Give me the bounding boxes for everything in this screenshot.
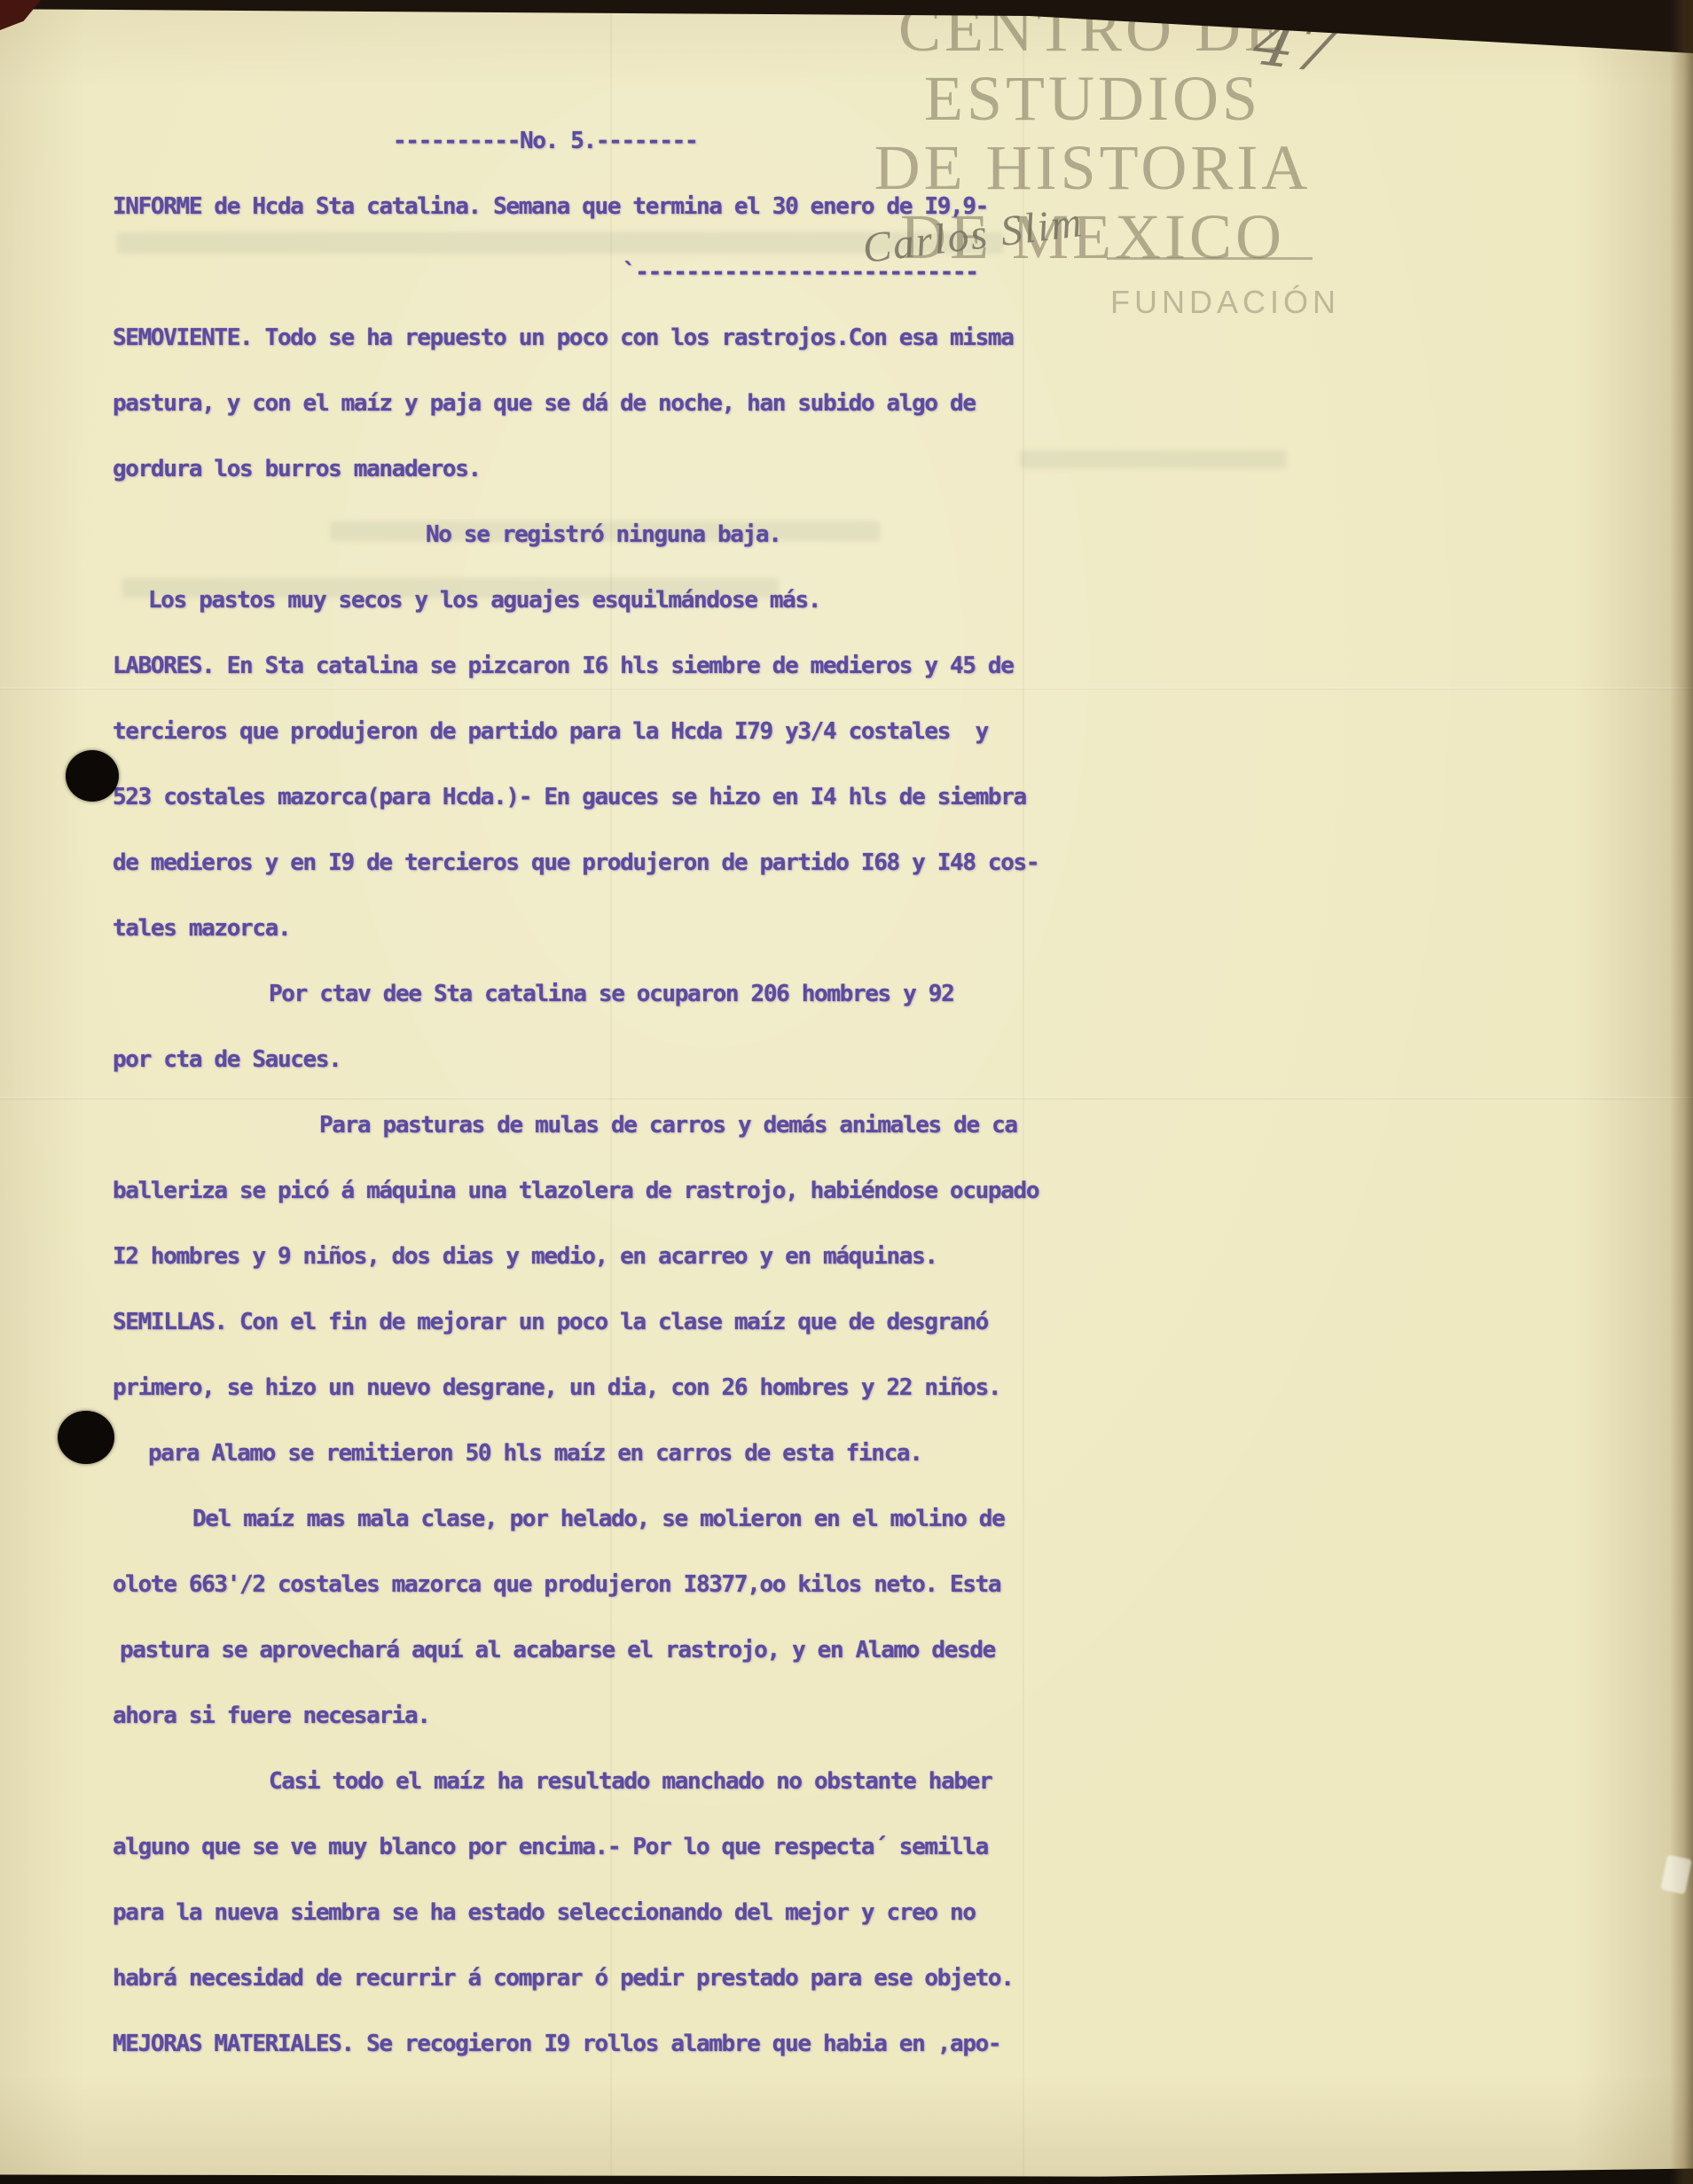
typed-line: tercieros que produjeron de partido para…	[113, 699, 1638, 764]
scanned-document-page: CENTRO DE ESTUDIOS DE HISTORIA DE MEXICO…	[0, 0, 1693, 2184]
typed-line: Para pasturas de mulas de carros y demás…	[113, 1092, 1638, 1158]
punch-hole	[58, 1411, 114, 1464]
typed-line: ahora si fuere necesaria.	[113, 1683, 1638, 1749]
typed-line: balleriza se picó á máquina una tlazoler…	[113, 1158, 1638, 1224]
typed-line: Casi todo el maíz ha resultado manchado …	[113, 1749, 1638, 1814]
typed-line: Del maíz mas mala clase, por helado, se …	[113, 1486, 1638, 1552]
horizontal-fold-crease	[0, 687, 1693, 690]
typed-line: pastura se aprovechará aquí al acabarse …	[113, 1617, 1638, 1683]
scan-edge-bottom	[0, 2157, 1693, 2184]
vertical-fold-crease	[1023, 0, 1024, 2184]
typed-line: tales mazorca.	[113, 896, 1638, 961]
typewritten-text-block: ----------No. 5.--------INFORME de Hcda …	[113, 108, 1638, 2077]
scan-corner-mark	[0, 0, 41, 30]
typed-line: I2 hombres y 9 niños, dos dias y medio, …	[113, 1224, 1638, 1289]
typed-line: ----------No. 5.--------	[113, 108, 1638, 174]
typed-line: pastura, y con el maíz y paja que se dá …	[113, 371, 1638, 436]
typed-line: alguno que se ve muy blanco por encima.-…	[113, 1814, 1638, 1880]
typed-line: gordura los burros manaderos.	[113, 436, 1638, 502]
typed-line: para la nueva siembra se ha estado selec…	[113, 1880, 1638, 1945]
typed-line: para Alamo se remitieron 50 hls maíz en …	[113, 1421, 1638, 1486]
typed-line: `---------------------------	[113, 239, 1638, 305]
typed-line: primero, se hizo un nuevo desgrane, un d…	[113, 1355, 1638, 1421]
typed-line: INFORME de Hcda Sta catalina. Semana que…	[113, 174, 1638, 239]
typed-line: por cta de Sauces.	[113, 1027, 1638, 1092]
typed-line: MEJORAS MATERIALES. Se recogieron I9 rol…	[113, 2011, 1638, 2077]
typed-line: 523 costales mazorca(para Hcda.)- En gau…	[113, 764, 1638, 830]
typed-line: Los pastos muy secos y los aguajes esqui…	[113, 568, 1638, 633]
punch-hole	[66, 750, 119, 802]
horizontal-fold-crease	[0, 1097, 1693, 1100]
typed-line: SEMILLAS. Con el fin de mejorar un poco …	[113, 1289, 1638, 1355]
typed-line: de medieros y en I9 de tercieros que pro…	[113, 830, 1638, 896]
vertical-fold-crease	[610, 0, 612, 2184]
typed-line: olote 663'/2 costales mazorca que produj…	[113, 1552, 1638, 1617]
typed-line: habrá necesidad de recurrir á comprar ó …	[113, 1945, 1638, 2011]
typed-line: SEMOVIENTE. Todo se ha repuesto un poco …	[113, 305, 1638, 371]
typed-line: Por ctav dee Sta catalina se ocuparon 20…	[113, 961, 1638, 1027]
typed-line: No se registró ninguna baja.	[113, 502, 1638, 568]
